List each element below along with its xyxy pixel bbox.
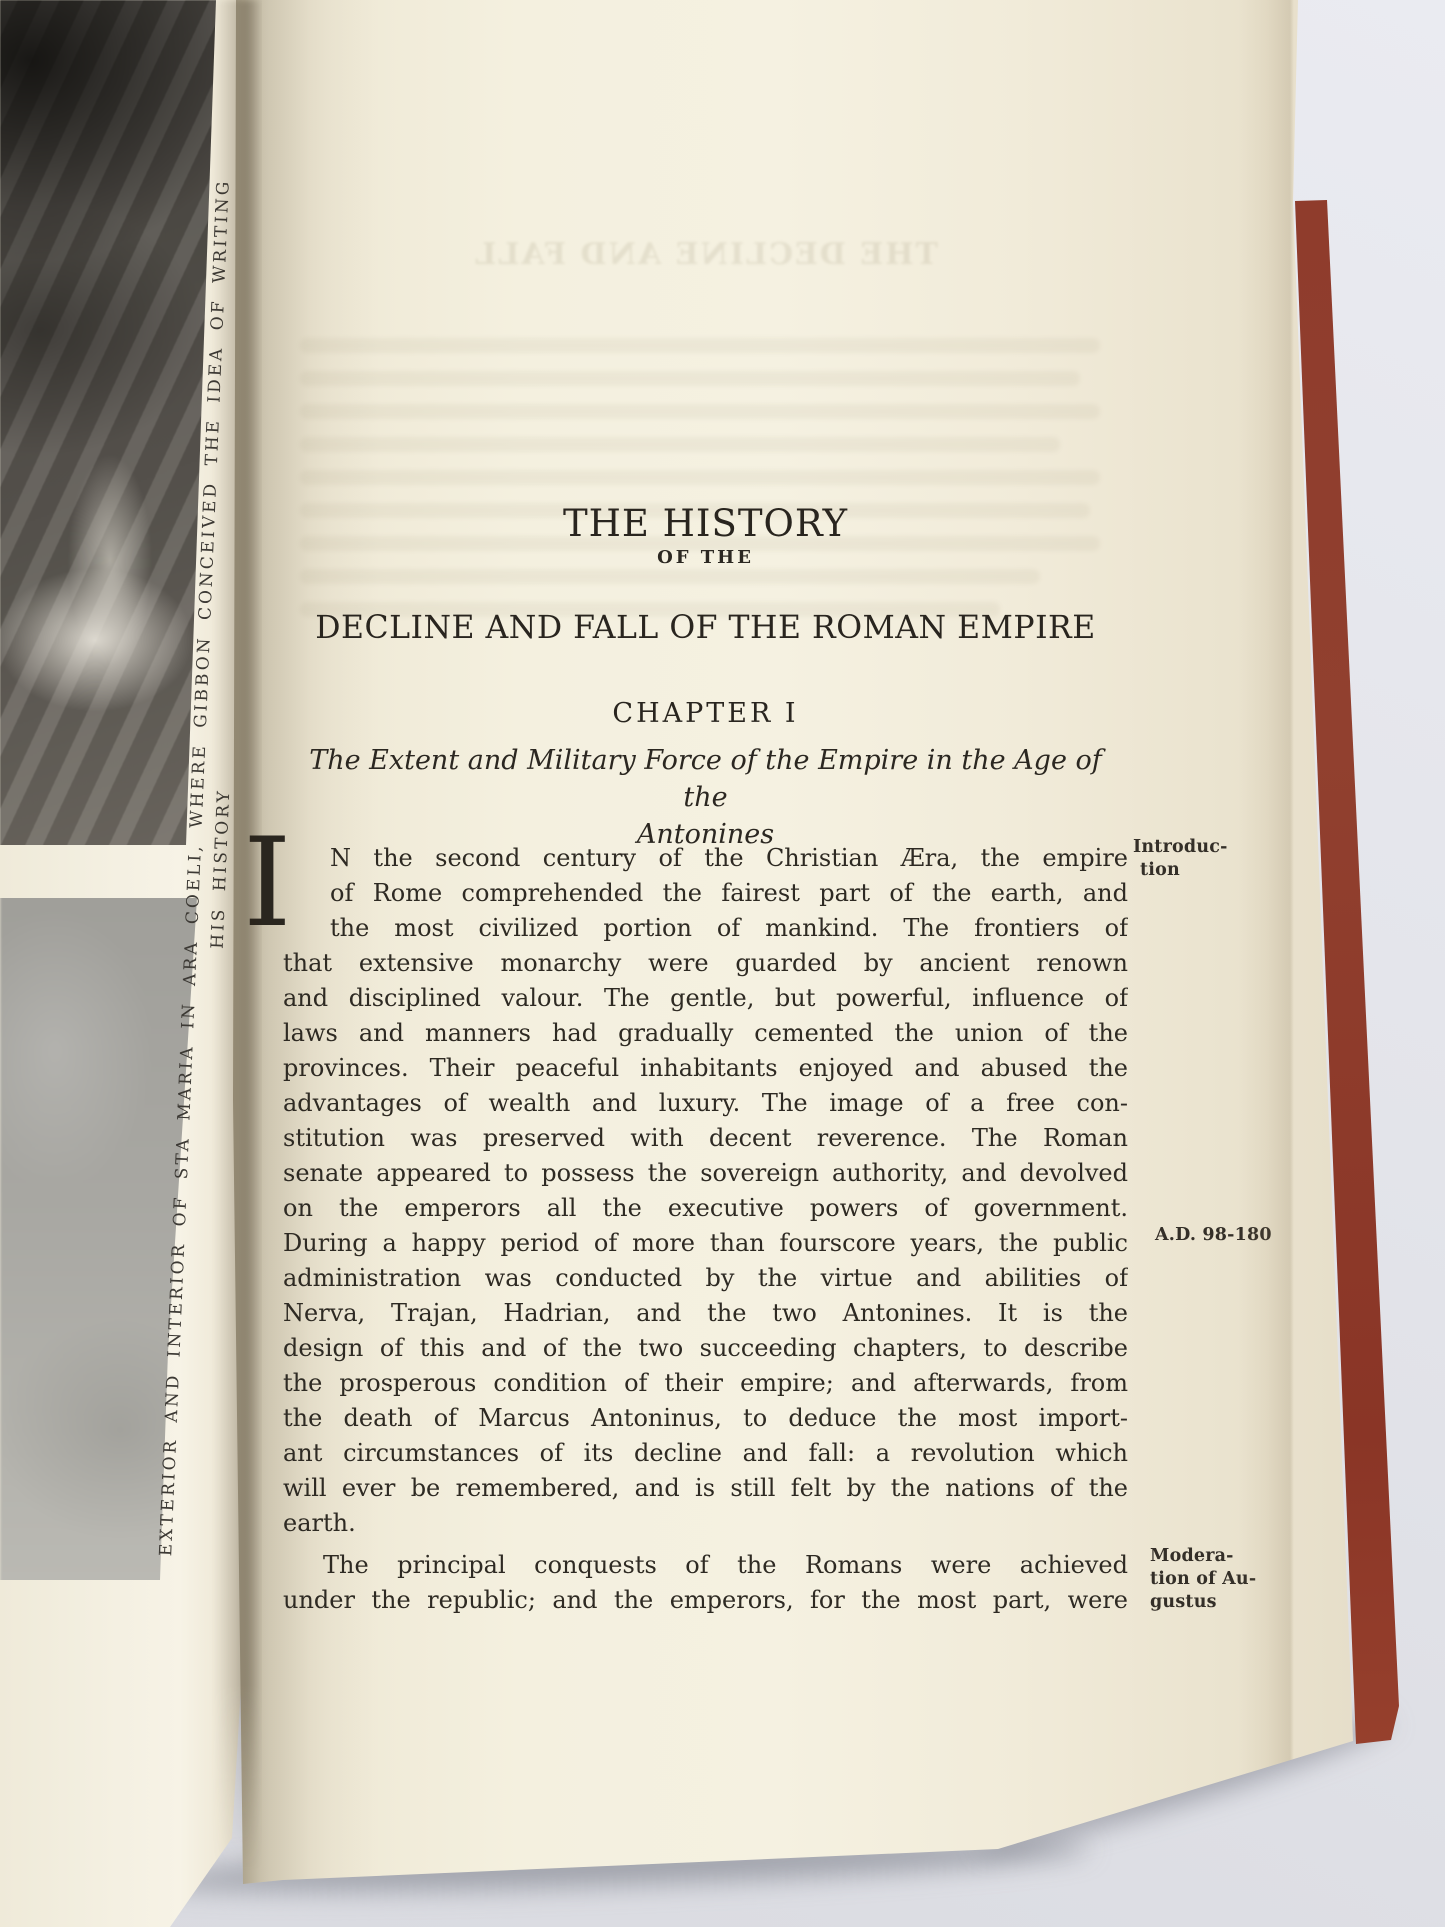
- show-through-line: [300, 569, 1040, 584]
- show-through-line: [300, 371, 1080, 386]
- body-line: The principal conquests of the Romans we…: [283, 1548, 1128, 1583]
- chapter-subtitle: The Extent and Military Force of the Emp…: [283, 742, 1128, 853]
- margin-note-line: tion of Au-: [1150, 1568, 1290, 1591]
- body-line: and disciplined valour. The gentle, but …: [283, 981, 1128, 1016]
- show-through-line: [300, 470, 1100, 485]
- body-line: N the second century of the Christian Ær…: [283, 841, 1128, 876]
- body-line: administration was conducted by the virt…: [283, 1261, 1128, 1296]
- show-through-line: [300, 338, 1100, 353]
- body-line: provinces. Their peaceful inhabitants en…: [283, 1051, 1128, 1086]
- body-line: on the emperors all the executive powers…: [283, 1191, 1128, 1226]
- margin-note-line: Introduc-: [1133, 836, 1273, 859]
- body-line: design of this and of the two succeeding…: [283, 1331, 1128, 1366]
- book-title-line-3: DECLINE AND FALL OF THE ROMAN EMPIRE: [283, 613, 1128, 645]
- margin-note-line: gustus: [1150, 1591, 1290, 1614]
- paragraph-1: N the second century of the Christian Ær…: [283, 841, 1128, 1541]
- body-line: under the republic; and the emperors, fo…: [283, 1583, 1128, 1618]
- subtitle-line: The Extent and Military Force of the Emp…: [283, 742, 1128, 816]
- body-line: the death of Marcus Antoninus, to deduce…: [283, 1401, 1128, 1436]
- open-book-photograph: EXTERIOR AND INTERIOR OF STA MARIA IN AR…: [0, 0, 1445, 1927]
- body-line: earth.: [283, 1506, 1128, 1541]
- body-line: will ever be remembered, and is still fe…: [283, 1471, 1128, 1506]
- body-line: ant circumstances of its decline and fal…: [283, 1436, 1128, 1471]
- body-line: Nerva, Trajan, Hadrian, and the two Anto…: [283, 1296, 1128, 1331]
- body-line: laws and manners had gradually cemented …: [283, 1016, 1128, 1051]
- show-through-header: THE DECLINE AND FALL: [283, 240, 1128, 270]
- show-through-line: [300, 404, 1100, 419]
- body-line: stitution was preserved with decent reve…: [283, 1121, 1128, 1156]
- margin-note: A.D. 98-180: [1155, 1224, 1295, 1247]
- margin-note-line: tion: [1133, 859, 1273, 882]
- margin-note: Modera-tion of Au-gustus: [1150, 1545, 1290, 1614]
- body-line: of Rome comprehended the fairest part of…: [283, 876, 1128, 911]
- body-line: the most civilized portion of mankind. T…: [283, 911, 1128, 946]
- margin-note-line: A.D. 98-180: [1155, 1224, 1295, 1247]
- body-line: that extensive monarchy were guarded by …: [283, 946, 1128, 981]
- body-line: senate appeared to possess the sovereign…: [283, 1156, 1128, 1191]
- body-line: the prosperous condition of their empire…: [283, 1366, 1128, 1401]
- margin-note: Introduc-tion: [1133, 836, 1273, 882]
- book-title-line-1: THE HISTORY: [283, 505, 1128, 542]
- gutter-shadow: [212, 0, 262, 1872]
- body-line: During a happy period of more than fours…: [283, 1226, 1128, 1261]
- show-through-line: [300, 437, 1060, 452]
- margin-note-line: Modera-: [1150, 1545, 1290, 1568]
- chapter-heading: CHAPTER I: [283, 700, 1128, 727]
- paragraph-2: The principal conquests of the Romans we…: [283, 1548, 1128, 1618]
- body-line: advantages of wealth and luxury. The ima…: [283, 1086, 1128, 1121]
- book-title-line-2: OF THE: [283, 549, 1128, 567]
